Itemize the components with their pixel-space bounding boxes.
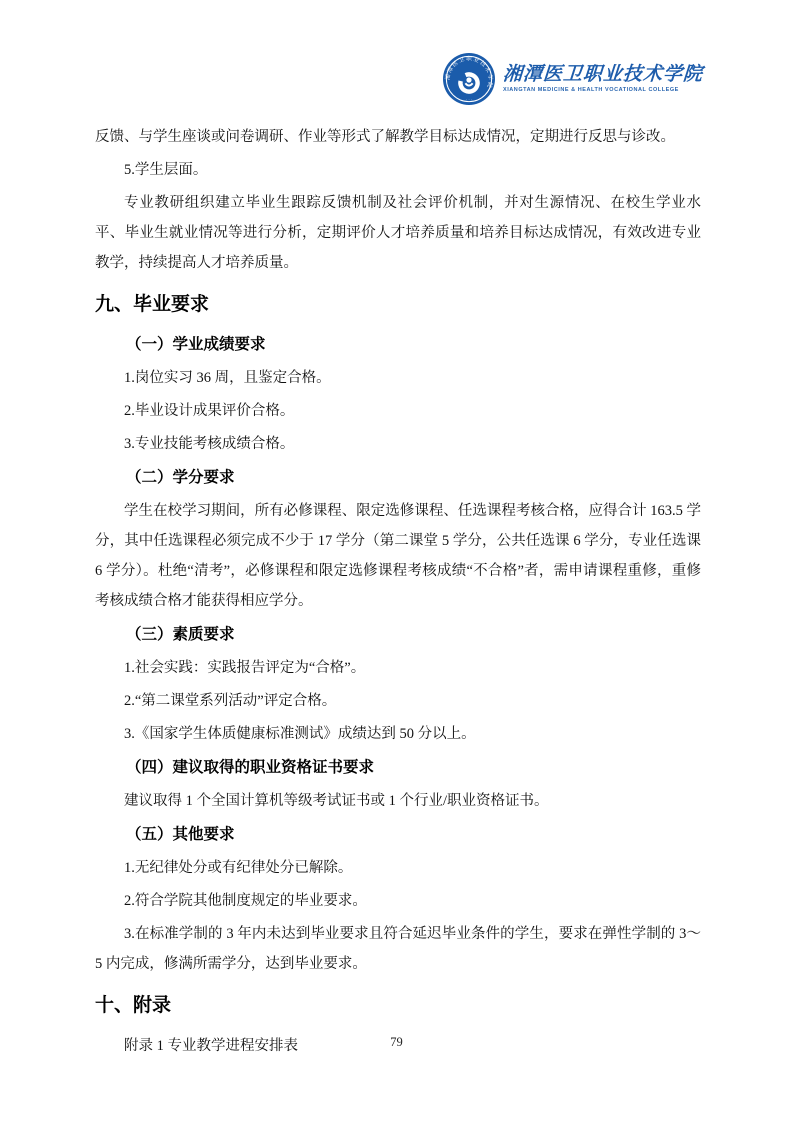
college-name-en: XIANGTAN MEDICINE & HEALTH VOCATIONAL CO… (503, 87, 703, 93)
subsection-title-quality-requirements: （三）素质要求 (95, 620, 701, 650)
list-item: 2.“第二课堂系列活动”评定合格。 (95, 686, 701, 716)
college-seal-icon: 湘潭医卫职业技术学院 · · · (442, 52, 496, 106)
subsection-title-academic-results: （一）学业成绩要求 (95, 330, 701, 360)
section-title-graduation-requirements: 九、毕业要求 (95, 291, 701, 319)
section-title-appendix: 十、附录 (95, 992, 701, 1020)
document-page: 湘潭医卫职业技术学院 · · · 湘潭医卫职业技术学院 XIANGTAN MED… (0, 0, 793, 1122)
list-item: 3.在标准学制的 3 年内未达到毕业要求且符合延迟毕业条件的学生，要求在弹性学制… (95, 919, 701, 979)
paragraph: 反馈、与学生座谈或问卷调研、作业等形式了解教学目标达成情况，定期进行反思与诊改。 (95, 122, 701, 152)
subsection-title-credit-requirements: （二）学分要求 (95, 463, 701, 493)
paragraph: 学生在校学习期间，所有必修课程、限定选修课程、任选课程考核合格，应得合计 163… (95, 496, 701, 616)
paragraph: 建议取得 1 个全国计算机等级考试证书或 1 个行业/职业资格证书。 (95, 786, 701, 816)
list-item: 1.社会实践：实践报告评定为“合格”。 (95, 653, 701, 683)
paragraph: 专业教研组织建立毕业生跟踪反馈机制及社会评价机制，并对生源情况、在校生学业水平、… (95, 188, 701, 278)
document-body: 反馈、与学生座谈或问卷调研、作业等形式了解教学目标达成情况，定期进行反思与诊改。… (95, 122, 701, 1064)
page-number: 79 (0, 1035, 793, 1050)
page-header: 湘潭医卫职业技术学院 · · · 湘潭医卫职业技术学院 XIANGTAN MED… (442, 52, 703, 106)
svg-text:· · ·: · · · (466, 97, 472, 102)
subsection-title-certificate-requirements: （四）建议取得的职业资格证书要求 (95, 753, 701, 783)
college-name-block: 湘潭医卫职业技术学院 XIANGTAN MEDICINE & HEALTH VO… (503, 65, 703, 94)
list-item: 2.毕业设计成果评价合格。 (95, 396, 701, 426)
list-item: 1.无纪律处分或有纪律处分已解除。 (95, 853, 701, 883)
college-name-zh: 湘潭医卫职业技术学院 (502, 65, 703, 86)
list-item: 3.《国家学生体质健康标准测试》成绩达到 50 分以上。 (95, 719, 701, 749)
list-item: 2.符合学院其他制度规定的毕业要求。 (95, 886, 701, 916)
list-item: 3.专业技能考核成绩合格。 (95, 429, 701, 459)
subsection-title-other-requirements: （五）其他要求 (95, 820, 701, 850)
list-item: 1.岗位实习 36 周，且鉴定合格。 (95, 363, 701, 393)
paragraph: 5.学生层面。 (95, 155, 701, 185)
